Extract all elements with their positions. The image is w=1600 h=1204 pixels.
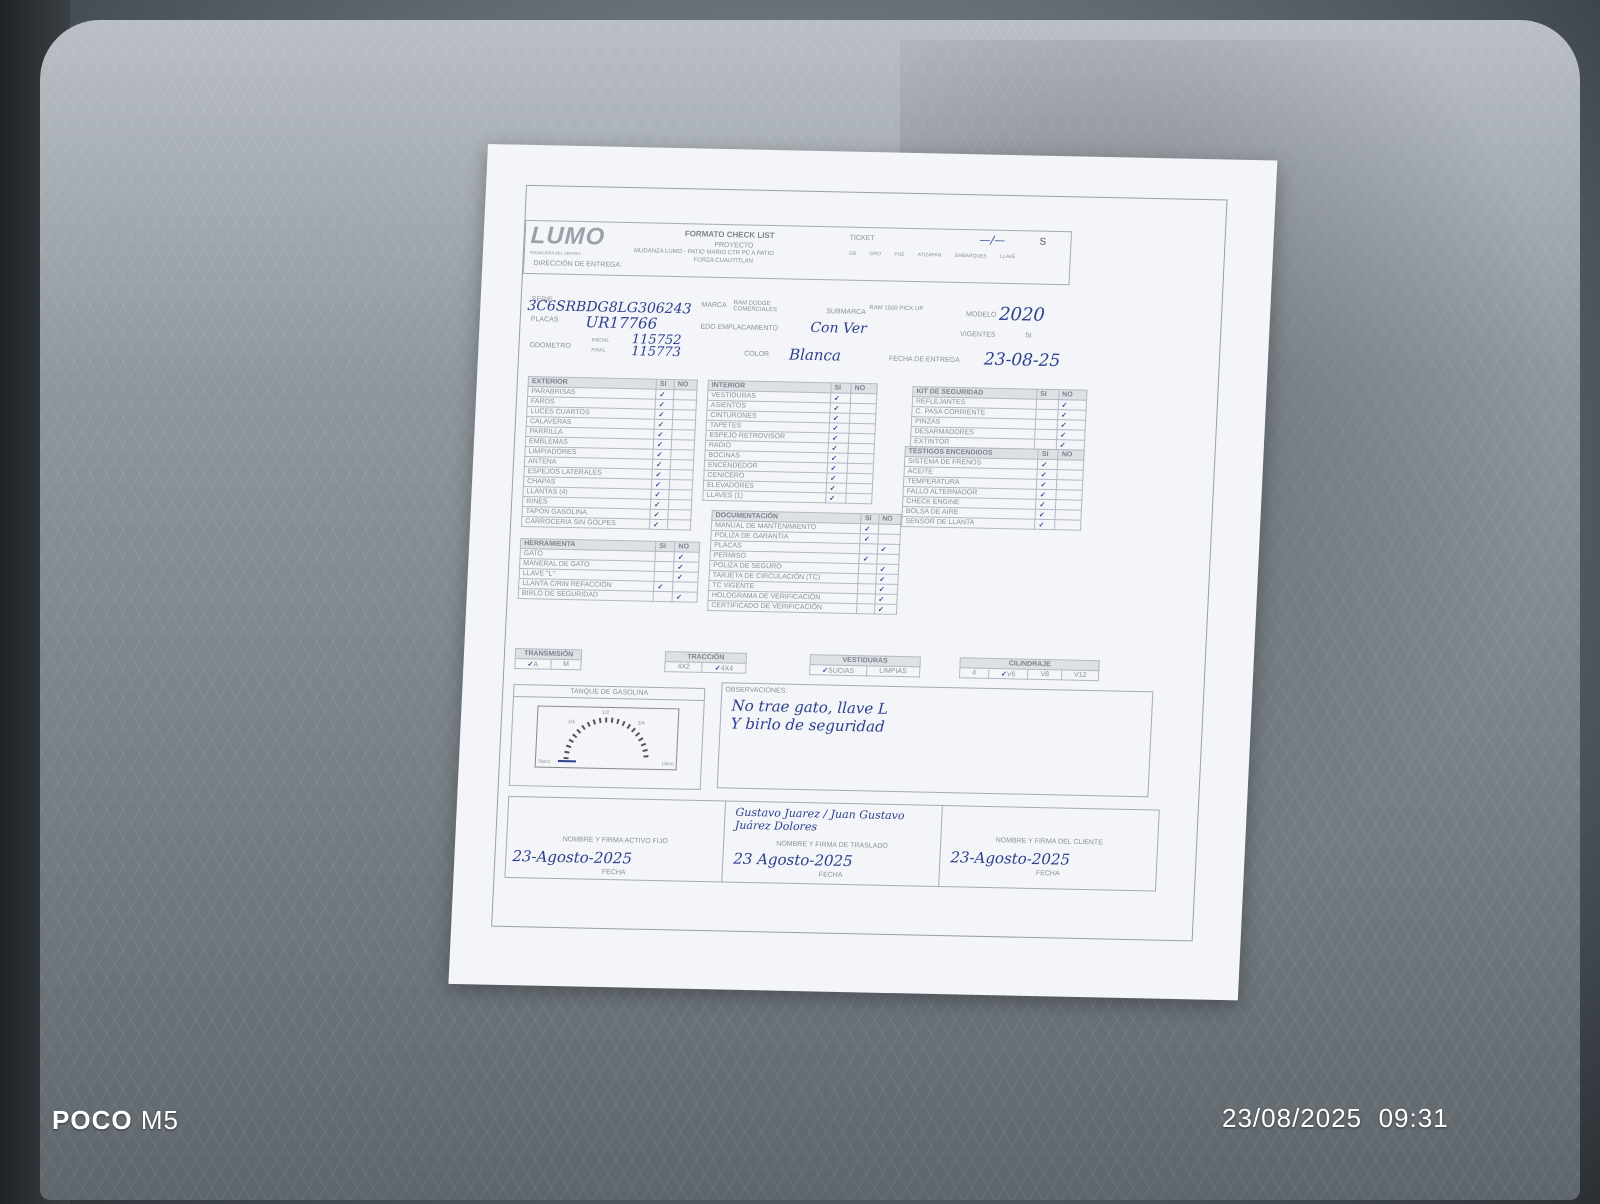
table-row: LLAVES (1)✓ bbox=[703, 490, 872, 504]
signature-date-label: FECHA bbox=[723, 869, 939, 881]
table-documentacion: DOCUMENTACIÓNSINOMANUAL DE MANTENIMIENTO… bbox=[707, 510, 902, 615]
si-checkbox[interactable]: ✓ bbox=[653, 439, 671, 449]
signature-traslado: Gustavo Juarez / Juan Gustavo Juárez Dol… bbox=[722, 801, 943, 886]
si-checkbox[interactable]: ✓ bbox=[830, 393, 851, 403]
no-checkbox[interactable] bbox=[847, 473, 873, 484]
option-A[interactable]: ✓A bbox=[515, 658, 551, 669]
no-checkbox[interactable] bbox=[848, 443, 874, 454]
option-cilindraje: CILINDRAJE4✓V6V8V12 bbox=[959, 657, 1100, 681]
option-V6[interactable]: ✓V6 bbox=[988, 668, 1028, 679]
fuel-half-label: 1/2 bbox=[602, 710, 609, 716]
no-checkbox[interactable]: ✓ bbox=[674, 552, 699, 563]
no-checkbox[interactable]: ✓ bbox=[674, 562, 699, 573]
no-checkbox[interactable] bbox=[849, 413, 875, 424]
option-transmision: TRANSMISIÓN✓AM bbox=[514, 648, 582, 670]
no-checkbox[interactable]: ✓ bbox=[673, 572, 698, 583]
no-checkbox[interactable]: ✓ bbox=[875, 584, 898, 594]
si-checkbox[interactable] bbox=[1035, 419, 1057, 429]
modelo-label: MODELO bbox=[966, 311, 997, 319]
table-interior: INTERIORSINOVESTIDURAS✓ASIENTOS✓CINTURON… bbox=[702, 380, 878, 505]
no-checkbox[interactable]: ✓ bbox=[875, 594, 898, 604]
no-checkbox[interactable] bbox=[1056, 500, 1082, 511]
option-V12[interactable]: V12 bbox=[1061, 670, 1099, 681]
odometro-label: ODOMETRO bbox=[529, 342, 571, 350]
vigentes-si: SI bbox=[1025, 332, 1032, 339]
no-checkbox[interactable] bbox=[878, 534, 901, 544]
no-checkbox[interactable] bbox=[674, 390, 697, 400]
si-checkbox[interactable] bbox=[1035, 429, 1057, 439]
photo-time: 09:31 bbox=[1379, 1103, 1449, 1133]
options-row: TRANSMISIÓN✓AMTRACCIÓN4X2✓4X4VESTIDURAS✓… bbox=[527, 186, 1226, 201]
si-checkbox[interactable]: ✓ bbox=[826, 483, 847, 493]
si-checkbox[interactable]: ✓ bbox=[652, 459, 670, 469]
no-checkbox[interactable] bbox=[846, 493, 872, 504]
no-checkbox[interactable]: ✓ bbox=[672, 592, 697, 603]
table-testigos: TESTIGOS ENCENDIDOSSINOSISTEMA DE FRENOS… bbox=[901, 446, 1085, 531]
table-row: CARROCERIA SIN GOLPES✓ bbox=[521, 516, 690, 530]
observations-box: OBSERVACIONES: No trae gato, llave L Y b… bbox=[717, 682, 1154, 797]
si-checkbox[interactable]: ✓ bbox=[829, 423, 850, 433]
signature-date-label: FECHA bbox=[940, 868, 1156, 880]
fuel-3q-label: 3/4 bbox=[638, 721, 645, 727]
no-checkbox[interactable] bbox=[669, 490, 692, 500]
no-checkbox[interactable] bbox=[670, 470, 693, 480]
si-checkbox[interactable]: ✓ bbox=[1037, 479, 1057, 489]
option-vestiduras: VESTIDURAS✓SUCIASLIMPIAS bbox=[809, 654, 920, 677]
timestamp: 23/08/2025 09:31 bbox=[1222, 1103, 1449, 1134]
si-checkbox[interactable]: ✓ bbox=[860, 534, 878, 544]
si-checkbox[interactable]: ✓ bbox=[1038, 459, 1058, 469]
signature-date: 23 Agosto-2025 bbox=[733, 850, 853, 870]
edo-value: Con Ver bbox=[810, 320, 867, 337]
si-checkbox[interactable]: ✓ bbox=[861, 524, 879, 534]
si-checkbox[interactable]: ✓ bbox=[656, 389, 674, 399]
option-4X2[interactable]: 4X2 bbox=[665, 662, 703, 673]
edo-label: EDO EMPLACAMIENTO bbox=[700, 324, 778, 333]
signature-date: 23-Agosto-2025 bbox=[950, 848, 1070, 869]
si-checkbox[interactable]: ✓ bbox=[1035, 509, 1055, 519]
fuel-empty-label: Vacío bbox=[538, 759, 551, 765]
no-checkbox[interactable] bbox=[849, 423, 875, 434]
option-LIMPIAS[interactable]: LIMPIAS bbox=[866, 666, 919, 677]
si-checkbox[interactable]: ✓ bbox=[654, 429, 672, 439]
inicial-label: INICIAL bbox=[592, 337, 610, 343]
signature-date: 23-Agosto-2025 bbox=[512, 847, 632, 868]
si-checkbox[interactable] bbox=[1036, 399, 1058, 409]
no-checkbox[interactable] bbox=[673, 582, 698, 593]
final-label: FINAL bbox=[591, 347, 605, 353]
si-checkbox[interactable]: ✓ bbox=[827, 463, 848, 473]
si-checkbox[interactable]: ✓ bbox=[1036, 489, 1056, 499]
table-herramienta: HERRAMIENTASINOGATO✓MANERAL DE GATO✓LLAV… bbox=[518, 538, 701, 603]
si-checkbox[interactable]: ✓ bbox=[826, 473, 847, 483]
si-checkbox[interactable]: ✓ bbox=[655, 399, 673, 409]
si-checkbox[interactable]: ✓ bbox=[1035, 519, 1055, 529]
fuel-gauge: Vacío Lleno 1/2 1/4 3/4 bbox=[535, 705, 680, 770]
no-checkbox[interactable]: ✓ bbox=[1057, 410, 1086, 421]
si-checkbox[interactable]: ✓ bbox=[651, 479, 669, 489]
si-checkbox[interactable] bbox=[1036, 409, 1058, 419]
no-checkbox[interactable]: ✓ bbox=[876, 574, 899, 584]
placas-value: UR17766 bbox=[585, 313, 657, 332]
no-checkbox[interactable] bbox=[1057, 480, 1083, 491]
si-checkbox[interactable] bbox=[858, 574, 876, 584]
si-checkbox[interactable]: ✓ bbox=[826, 493, 847, 503]
photo-date: 23/08/2025 bbox=[1222, 1103, 1362, 1133]
no-checkbox[interactable] bbox=[877, 554, 900, 564]
no-checkbox[interactable] bbox=[1057, 470, 1083, 481]
fecha-value: 23-08-25 bbox=[983, 350, 1060, 372]
no-checkbox[interactable] bbox=[672, 430, 695, 440]
no-checkbox[interactable] bbox=[1058, 460, 1084, 471]
no-checkbox[interactable]: ✓ bbox=[1056, 430, 1085, 441]
no-checkbox[interactable] bbox=[848, 453, 874, 464]
no-checkbox[interactable] bbox=[846, 483, 872, 494]
form-frame: LUMO FINANCIERA DEL CENTRO FORMATO CHECK… bbox=[491, 185, 1227, 942]
no-checkbox[interactable]: ✓ bbox=[1057, 420, 1086, 431]
no-checkbox[interactable] bbox=[1056, 490, 1082, 501]
submarca-label: SUBMARCA bbox=[826, 308, 866, 316]
si-checkbox[interactable]: ✓ bbox=[829, 413, 850, 423]
header-box bbox=[523, 220, 1072, 285]
no-checkbox[interactable]: ✓ bbox=[876, 564, 899, 574]
signature-label: NOMBRE Y FIRMA DEL CLIENTE bbox=[941, 836, 1157, 848]
device-brand: POCO bbox=[52, 1105, 133, 1135]
si-checkbox[interactable]: ✓ bbox=[830, 403, 851, 413]
si-checkbox[interactable] bbox=[857, 594, 875, 604]
si-checkbox[interactable]: ✓ bbox=[654, 419, 672, 429]
si-checkbox[interactable] bbox=[653, 591, 673, 601]
fuel-full-label: Lleno bbox=[661, 761, 674, 767]
final-value: 115773 bbox=[631, 344, 681, 360]
color-label: COLOR bbox=[744, 351, 769, 359]
no-checkbox[interactable]: ✓ bbox=[1058, 400, 1087, 411]
signatures-box: NOMBRE Y FIRMA ACTIVO FIJO 23-Agosto-202… bbox=[504, 796, 1159, 892]
si-checkbox[interactable] bbox=[859, 564, 877, 574]
si-checkbox[interactable]: ✓ bbox=[828, 443, 849, 453]
option-4[interactable]: 4 bbox=[959, 668, 988, 679]
no-checkbox[interactable] bbox=[669, 480, 692, 490]
option-4X4[interactable]: ✓4X4 bbox=[702, 662, 746, 673]
no-checkbox[interactable] bbox=[1055, 510, 1081, 521]
signature-label: NOMBRE Y FIRMA ACTIVO FIJO bbox=[507, 835, 723, 847]
si-checkbox[interactable]: ✓ bbox=[828, 433, 849, 443]
si-checkbox[interactable]: ✓ bbox=[1036, 499, 1056, 509]
no-checkbox[interactable] bbox=[671, 450, 694, 460]
no-checkbox[interactable]: ✓ bbox=[874, 604, 897, 614]
si-checkbox[interactable]: ✓ bbox=[654, 581, 674, 591]
color-value: Blanca bbox=[789, 345, 842, 364]
si-checkbox[interactable]: ✓ bbox=[655, 409, 673, 419]
marca-label: MARCA bbox=[701, 302, 727, 310]
option-V8[interactable]: V8 bbox=[1028, 669, 1062, 680]
fuel-quarter-label: 1/4 bbox=[568, 719, 575, 725]
no-checkbox[interactable] bbox=[672, 420, 695, 430]
checklist-document: LUMO FINANCIERA DEL CENTRO FORMATO CHECK… bbox=[448, 144, 1277, 1000]
no-checkbox[interactable] bbox=[671, 440, 694, 450]
si-checkbox[interactable] bbox=[655, 561, 675, 571]
si-checkbox[interactable] bbox=[654, 571, 674, 581]
si-checkbox[interactable]: ✓ bbox=[651, 489, 669, 499]
submarca-value: RAM 1500 PICK UP bbox=[869, 305, 939, 312]
signature-activo-fijo: NOMBRE Y FIRMA ACTIVO FIJO 23-Agosto-202… bbox=[505, 797, 726, 882]
table-exterior: EXTERIORSINOPARABRISAS✓FAROS✓LUCES CUART… bbox=[521, 376, 698, 531]
no-checkbox[interactable] bbox=[667, 520, 690, 530]
si-checkbox[interactable]: ✓ bbox=[652, 469, 670, 479]
device-model: M5 bbox=[141, 1105, 179, 1135]
table-kit: KIT DE SEGURIDADSINOREFLEJANTES✓C. PASA … bbox=[910, 386, 1088, 451]
fuel-box: TANQUE DE GASOLINA Vacío Lleno 1/2 1/4 3… bbox=[509, 684, 706, 790]
option-traccion: TRACCIÓN4X2✓4X4 bbox=[664, 651, 747, 674]
si-checkbox[interactable] bbox=[858, 584, 876, 594]
signature-cliente: NOMBRE Y FIRMA DEL CLIENTE 23-Agosto-202… bbox=[939, 806, 1159, 891]
no-checkbox[interactable] bbox=[673, 410, 696, 420]
si-checkbox[interactable]: ✓ bbox=[650, 519, 668, 529]
si-checkbox[interactable]: ✓ bbox=[859, 554, 877, 564]
no-checkbox[interactable] bbox=[670, 460, 693, 470]
checklist-tables: EXTERIORSINOPARABRISAS✓FAROS✓LUCES CUART… bbox=[527, 186, 1226, 201]
vigentes-label: VIGENTES bbox=[960, 331, 996, 339]
no-checkbox[interactable] bbox=[849, 433, 875, 444]
signature-name: Gustavo Juarez / Juan Gustavo Juárez Dol… bbox=[735, 806, 936, 836]
no-checkbox[interactable] bbox=[1055, 520, 1081, 531]
no-checkbox[interactable] bbox=[847, 463, 873, 474]
signature-date-label: FECHA bbox=[506, 867, 722, 879]
marca-value: RAM DODGE COMERCIALES bbox=[733, 300, 804, 313]
si-checkbox[interactable] bbox=[857, 604, 875, 614]
option-M[interactable]: M bbox=[550, 659, 581, 670]
no-checkbox[interactable] bbox=[668, 500, 691, 510]
no-checkbox[interactable] bbox=[878, 524, 901, 534]
si-checkbox[interactable] bbox=[860, 544, 878, 554]
option-SUCIAS[interactable]: ✓SUCIAS bbox=[810, 665, 867, 676]
modelo-value: 2020 bbox=[999, 304, 1046, 326]
no-checkbox[interactable] bbox=[673, 400, 696, 410]
si-checkbox[interactable]: ✓ bbox=[827, 453, 848, 463]
si-checkbox[interactable]: ✓ bbox=[653, 449, 671, 459]
camera-watermark: POCO M5 bbox=[52, 1105, 179, 1136]
no-checkbox[interactable] bbox=[850, 393, 876, 404]
si-checkbox[interactable]: ✓ bbox=[650, 499, 668, 509]
si-checkbox[interactable] bbox=[655, 551, 675, 561]
placas-label: PLACAS bbox=[531, 316, 559, 324]
no-checkbox[interactable] bbox=[668, 510, 691, 520]
si-checkbox[interactable]: ✓ bbox=[1037, 469, 1057, 479]
no-checkbox[interactable] bbox=[850, 403, 876, 414]
fuel-title: TANQUE DE GASOLINA bbox=[514, 685, 704, 701]
si-checkbox[interactable]: ✓ bbox=[650, 509, 668, 519]
fecha-label: FECHA DE ENTREGA bbox=[889, 356, 960, 364]
no-checkbox[interactable]: ✓ bbox=[877, 544, 900, 554]
